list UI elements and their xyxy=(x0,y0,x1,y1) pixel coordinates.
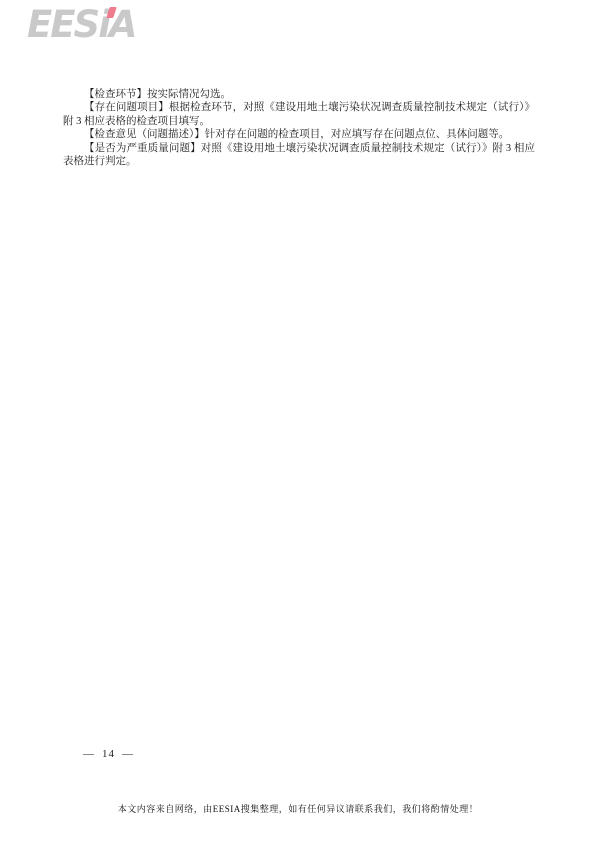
paragraph-check-step: 【检查环节】按实际情况勾选。 xyxy=(63,88,535,101)
paragraph-serious-quality-problem: 【是否为严重质量问题】对照《建设用地土壤污染状况调查质量控制技术规定（试行）》附… xyxy=(63,142,535,169)
page-number-value: 14 xyxy=(102,748,115,760)
logo-text: EESiA xyxy=(27,3,136,46)
document-page: EESiA 【检查环节】按实际情况勾选。 【存在问题项目】根据检查环节，对照《建… xyxy=(0,0,596,842)
paragraph-problem-items: 【存在问题项目】根据检查环节，对照《建设用地土壤污染状况调查质量控制技术规定（试… xyxy=(63,101,535,128)
page-number: —14— xyxy=(76,748,141,760)
document-body: 【检查环节】按实际情况勾选。 【存在问题项目】根据检查环节，对照《建设用地土壤污… xyxy=(63,88,535,168)
footer-disclaimer: 本文内容来自网络，由EESIA搜集整理，如有任何异议请联系我们，我们将酌情处理！ xyxy=(0,802,596,815)
eesia-logo: EESiA xyxy=(27,2,136,48)
page-number-dash-right: — xyxy=(122,748,134,760)
paragraph-check-opinion: 【检查意见（问题描述）】针对存在问题的检查项目，对应填写存在问题点位、具体问题等… xyxy=(63,128,535,141)
page-number-dash-left: — xyxy=(83,748,95,760)
